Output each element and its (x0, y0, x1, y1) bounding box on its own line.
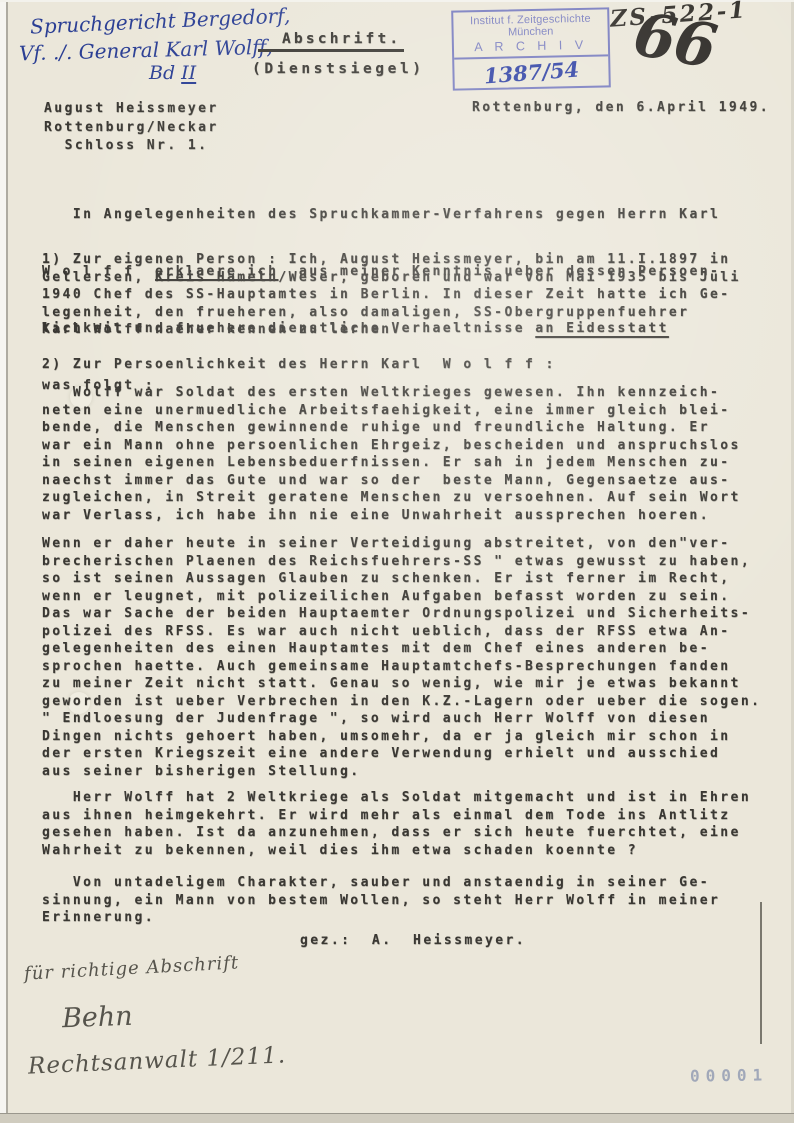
certification-note-handwritten: für richtige Abschrift (24, 952, 240, 984)
folio-number: 66 (629, 0, 721, 83)
paragraph-1-own-person: 1) Zur eigenen Person : Ich, August Heis… (42, 251, 741, 339)
title-handwritten: Rechtsanwalt 1/211. (28, 1042, 287, 1079)
intro-line1: In Angelegenheiten des Spruchkammer-Verf… (42, 205, 720, 224)
scan-edge-left-line (6, 0, 8, 1123)
paragraph-3-character: Wolff war Soldat des ersten Weltkrieges … (42, 384, 741, 524)
seal-note: (Dienstsiegel) (252, 61, 425, 79)
case-annotation-line3: Bd II (149, 62, 196, 84)
volume-prefix: Bd (149, 62, 181, 84)
signature-handwritten: Behn (61, 1001, 133, 1034)
page-number-stamp: 00001 (690, 1065, 768, 1085)
case-annotation-line1: Spruchgericht Bergedorf, (30, 3, 291, 38)
paper-sheet: Spruchgericht Bergedorf, Vf. ./. General… (0, 0, 794, 1123)
paragraph-2-heading: 2) Zur Persoenlichkeit des Herrn Karl W … (42, 356, 556, 374)
paragraph-4-defense: Wenn er daher heute in seiner Verteidigu… (42, 535, 761, 780)
archive-stamp: Institut f. Zeitgeschichte München A R C… (451, 7, 611, 90)
scan-edge-bottom (0, 1113, 794, 1123)
case-annotation-line2: Vf. ./. General Karl Wolff, (19, 35, 273, 66)
paragraph-5-world-wars: Herr Wolff hat 2 Weltkriege als Soldat m… (42, 789, 751, 859)
paper-crease-line (760, 902, 762, 1044)
typed-signature: gez.: A. Heissmeyer. (300, 932, 526, 950)
dateline: Rottenburg, den 6.April 1949. (472, 99, 770, 117)
volume-roman-numeral: II (181, 62, 196, 84)
archive-stamp-archiv: A R C H I V (456, 37, 606, 54)
sender-address-block: August Heissmeyer Rottenburg/Neckar Schl… (44, 100, 219, 156)
copy-label: Abschrift. (258, 31, 404, 52)
scanned-document-page: { "colors": { "paper": "#ebe7da", "typew… (0, 0, 794, 1123)
paragraph-6-closing: Von untadeligem Charakter, sauber und an… (42, 874, 720, 927)
